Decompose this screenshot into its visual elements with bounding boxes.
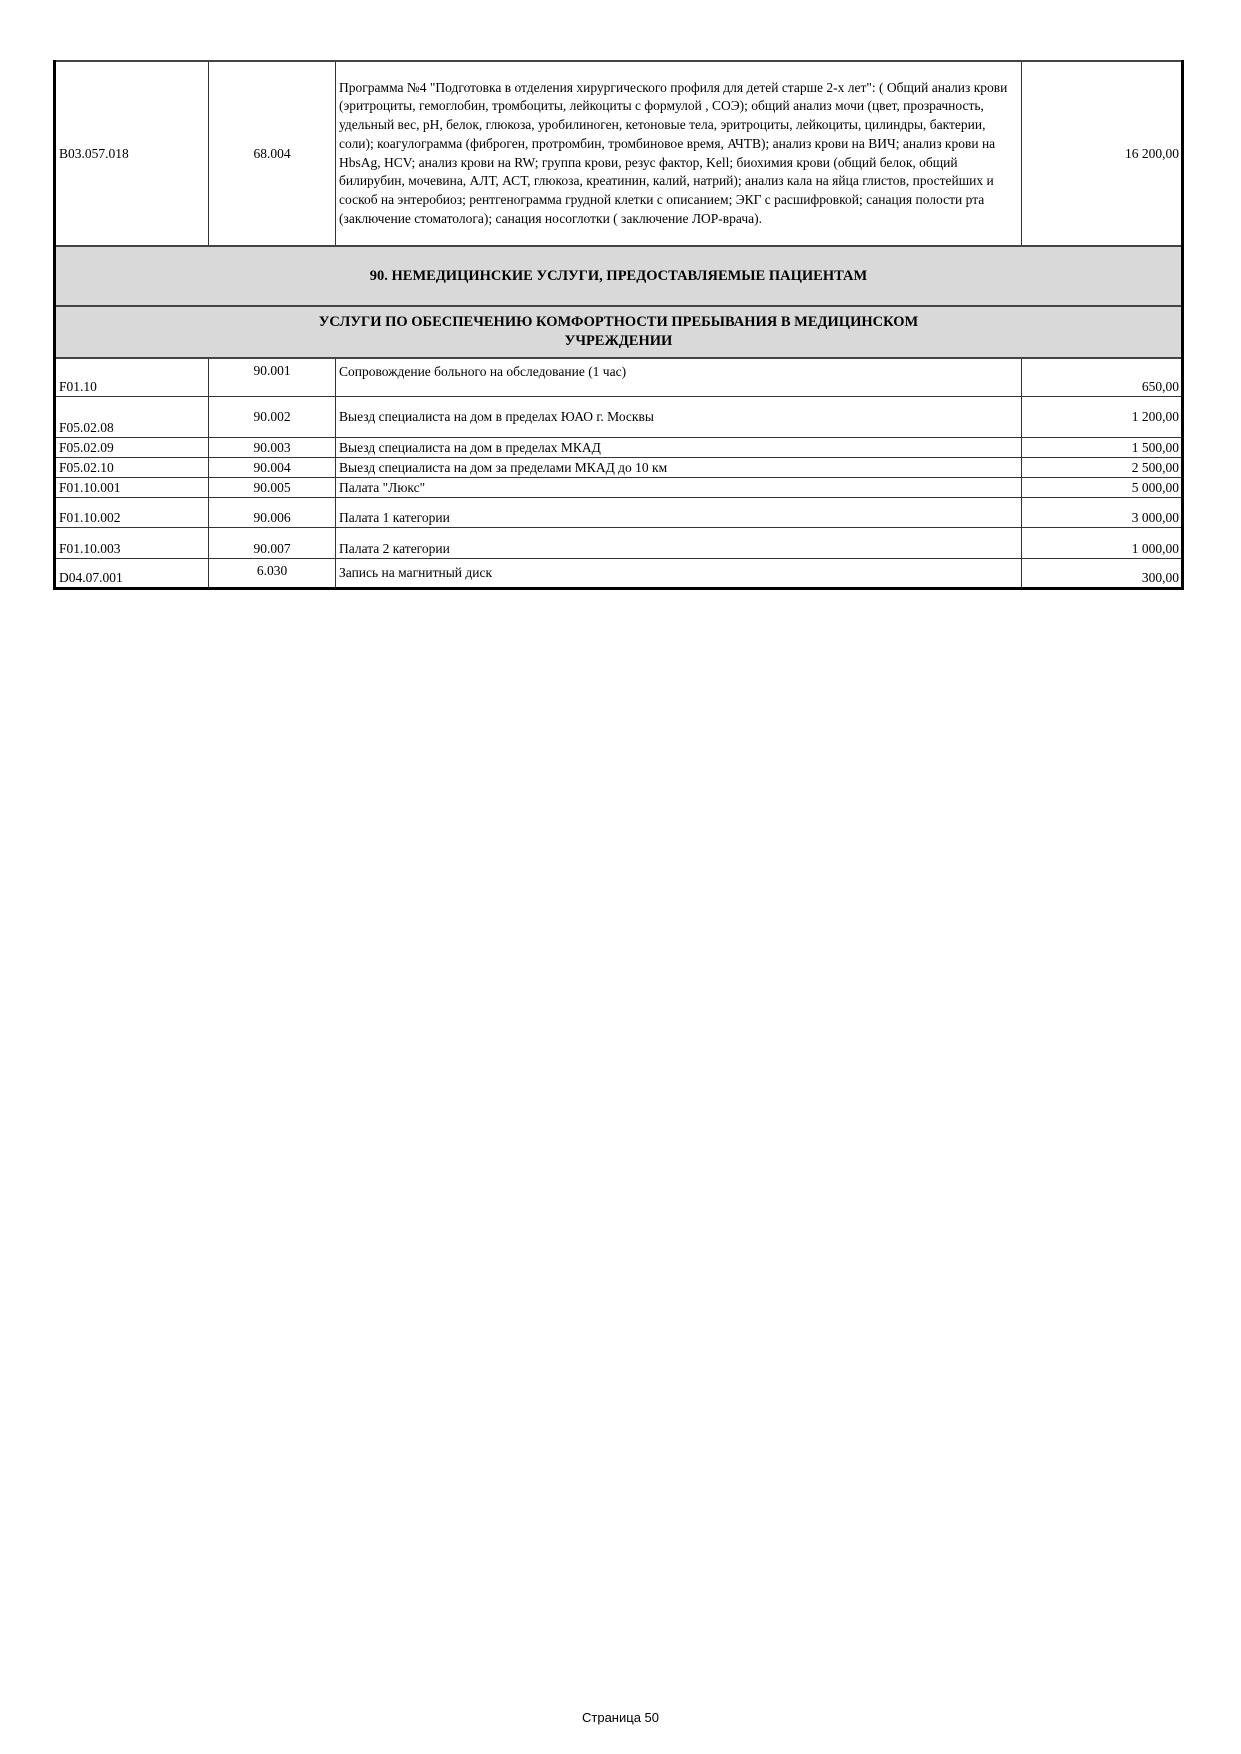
service-code: F05.02.08 [55, 396, 209, 437]
service-price: 5 000,00 [1022, 477, 1183, 497]
service-price: 16 200,00 [1022, 61, 1183, 246]
service-code: F01.10.002 [55, 497, 209, 527]
service-price: 3 000,00 [1022, 497, 1183, 527]
service-code: F01.10 [55, 358, 209, 396]
subsection-title: УСЛУГИ ПО ОБЕСПЕЧЕНИЮ КОМФОРТНОСТИ ПРЕБЫ… [299, 313, 939, 351]
section-title: 90. НЕМЕДИЦИНСКИЕ УСЛУГИ, ПРЕДОСТАВЛЯЕМЫ… [299, 267, 939, 286]
service-code: F05.02.10 [55, 457, 209, 477]
service-description: Программа №4 "Подготовка в отделения хир… [336, 61, 1022, 246]
service-number: 90.002 [209, 396, 336, 437]
table-row: F01.10.003 90.007 Палата 2 категории 1 0… [55, 527, 1183, 558]
service-number: 90.004 [209, 457, 336, 477]
service-number: 90.006 [209, 497, 336, 527]
subsection-header-row: УСЛУГИ ПО ОБЕСПЕЧЕНИЮ КОМФОРТНОСТИ ПРЕБЫ… [55, 306, 1183, 358]
section-header-row: 90. НЕМЕДИЦИНСКИЕ УСЛУГИ, ПРЕДОСТАВЛЯЕМЫ… [55, 246, 1183, 306]
service-price: 1 500,00 [1022, 437, 1183, 457]
service-price: 1 000,00 [1022, 527, 1183, 558]
service-number: 90.007 [209, 527, 336, 558]
table-row: F05.02.10 90.004 Выезд специалиста на до… [55, 457, 1183, 477]
service-description: Выезд специалиста на дом за пределами МК… [336, 457, 1022, 477]
service-description: Палата "Люкс" [336, 477, 1022, 497]
table-row: F05.02.08 90.002 Выезд специалиста на до… [55, 396, 1183, 437]
price-list-table: B03.057.018 68.004 Программа №4 "Подгото… [53, 60, 1184, 590]
service-code: D04.07.001 [55, 558, 209, 588]
table-row: F01.10 90.001 Сопровождение больного на … [55, 358, 1183, 396]
table-row-program: B03.057.018 68.004 Программа №4 "Подгото… [55, 61, 1183, 246]
service-code: F01.10.001 [55, 477, 209, 497]
service-code: F05.02.09 [55, 437, 209, 457]
service-number: 90.005 [209, 477, 336, 497]
service-number: 90.003 [209, 437, 336, 457]
service-number: 6.030 [209, 558, 336, 588]
table-row: F01.10.002 90.006 Палата 1 категории 3 0… [55, 497, 1183, 527]
service-price: 1 200,00 [1022, 396, 1183, 437]
service-description: Выезд специалиста на дом в пределах ЮАО … [336, 396, 1022, 437]
service-description: Выезд специалиста на дом в пределах МКАД [336, 437, 1022, 457]
service-number: 90.001 [209, 358, 336, 396]
page-number: Страница 50 [0, 1710, 1241, 1725]
service-description: Сопровождение больного на обследование (… [336, 358, 1022, 396]
table-row: D04.07.001 6.030 Запись на магнитный дис… [55, 558, 1183, 588]
service-price: 650,00 [1022, 358, 1183, 396]
service-code: F01.10.003 [55, 527, 209, 558]
service-number: 68.004 [209, 61, 336, 246]
service-price: 300,00 [1022, 558, 1183, 588]
service-code: B03.057.018 [55, 61, 209, 246]
service-description: Палата 1 категории [336, 497, 1022, 527]
service-description: Запись на магнитный диск [336, 558, 1022, 588]
service-description: Палата 2 категории [336, 527, 1022, 558]
table-row: F05.02.09 90.003 Выезд специалиста на до… [55, 437, 1183, 457]
service-price: 2 500,00 [1022, 457, 1183, 477]
table-row: F01.10.001 90.005 Палата "Люкс" 5 000,00 [55, 477, 1183, 497]
